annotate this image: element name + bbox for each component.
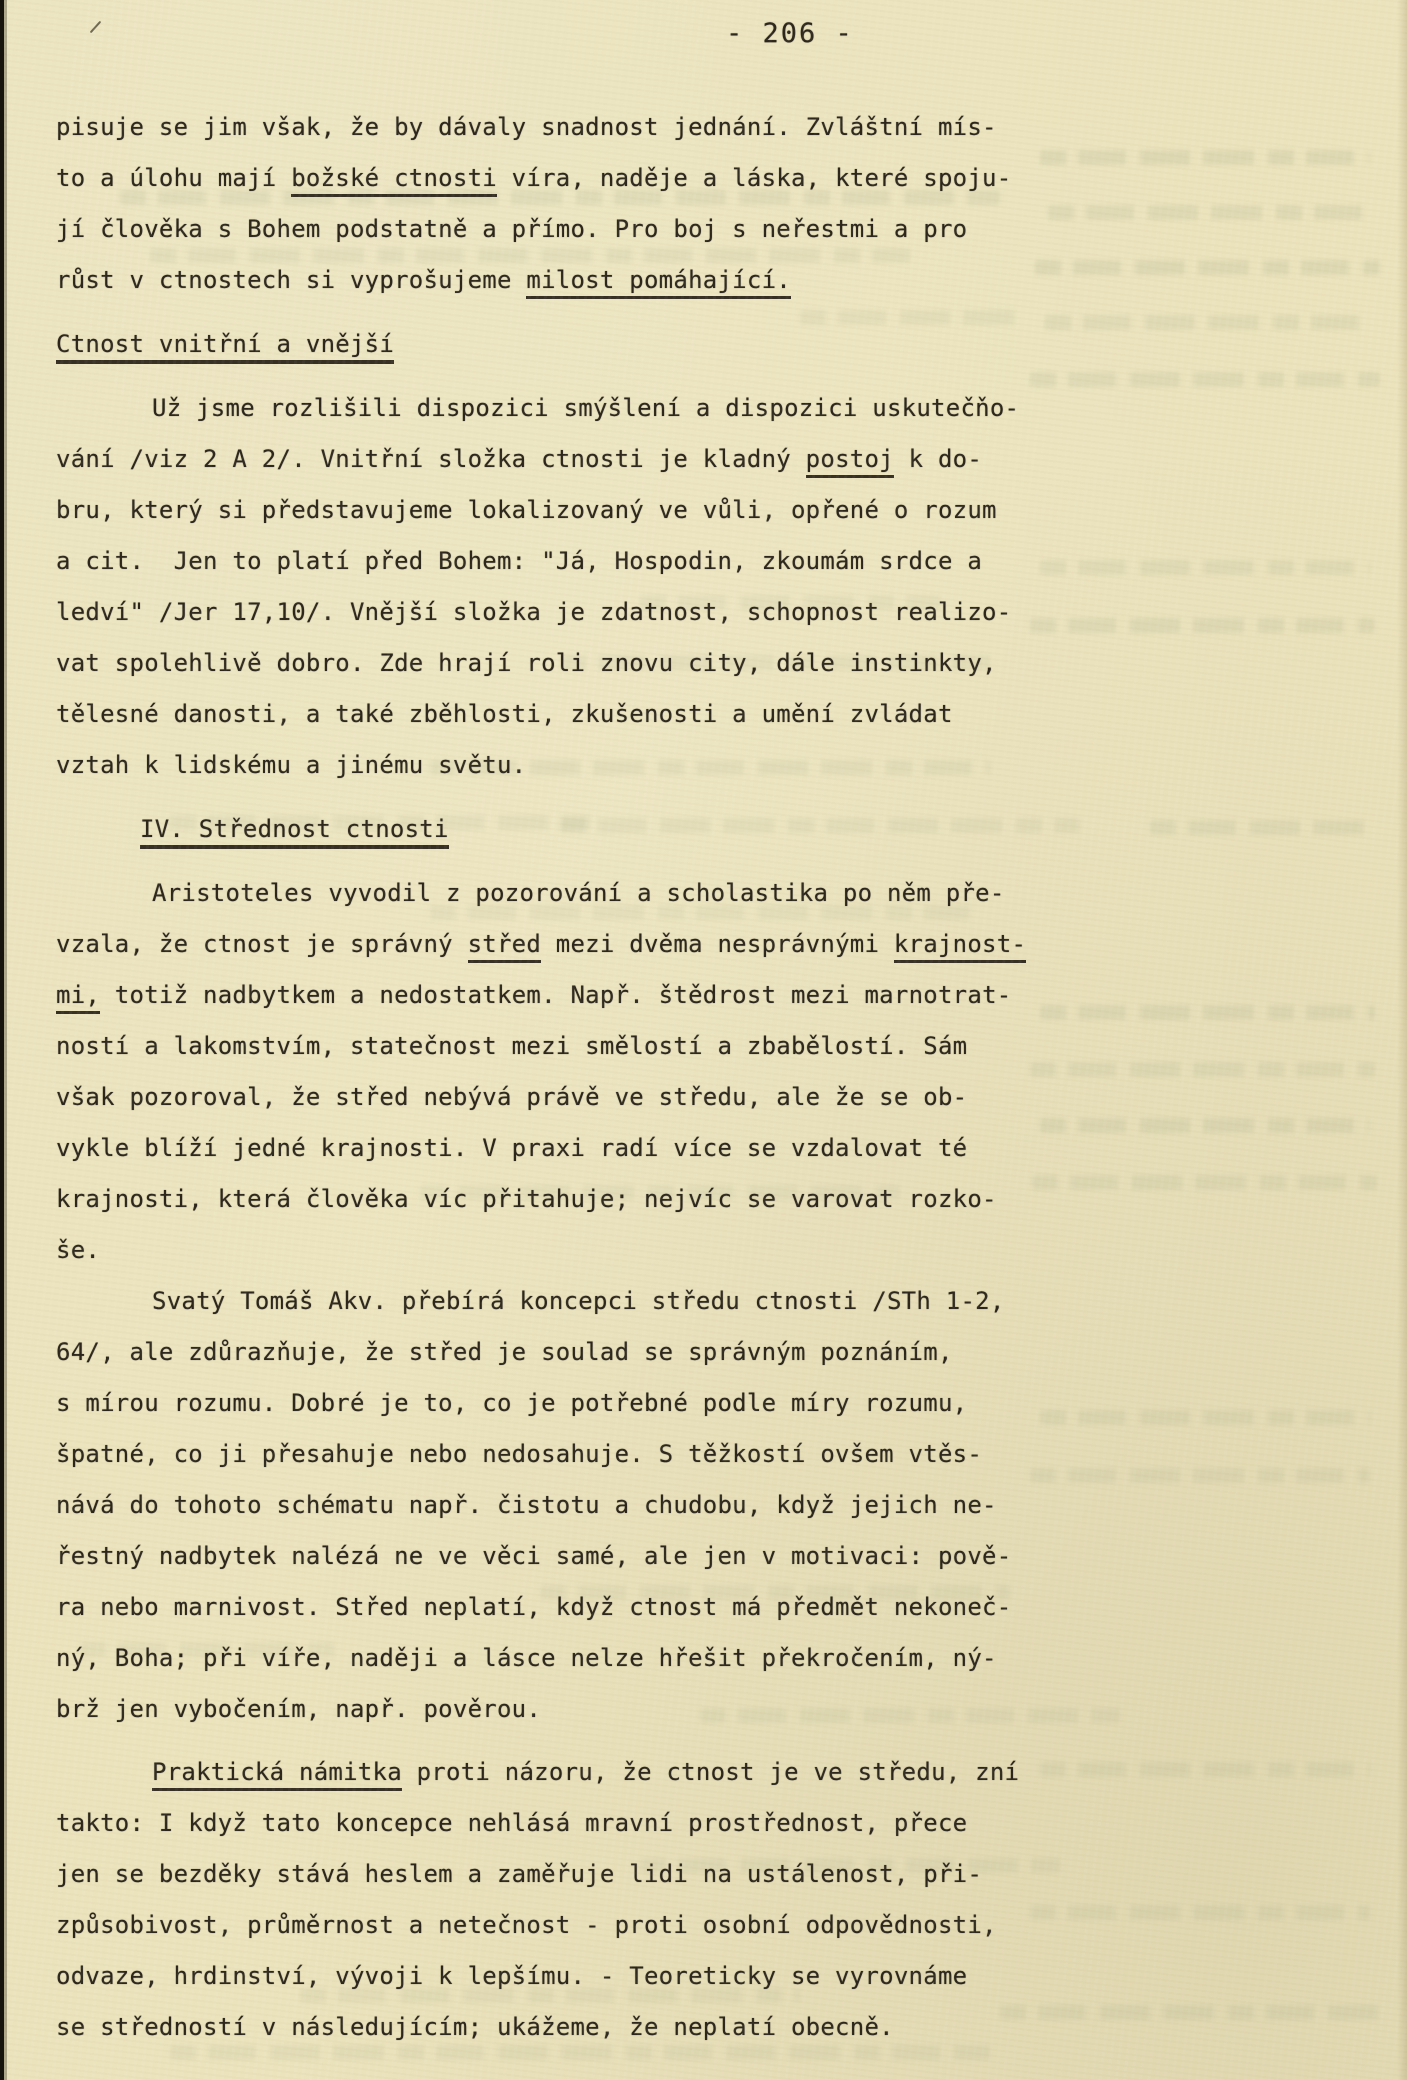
text-line: nává do tohoto schématu např. čistotu a …: [56, 1480, 1356, 1531]
text-segment: vzala, že ctnost je správný: [56, 930, 468, 958]
text-column: pisuje se jim však, že by dávaly snadnos…: [56, 102, 1356, 2053]
text-segment: však pozoroval, že střed nebývá právě ve…: [56, 1083, 967, 1111]
text-segment: jen se bezděky stává heslem a zaměřuje l…: [56, 1860, 982, 1888]
underlined-text: krajnost-: [894, 930, 1026, 963]
text-line: še.: [56, 1225, 1356, 1276]
text-line: růst v ctnostech si vyprošujeme milost p…: [56, 255, 1356, 306]
text-line: 64/, ale zdůrazňuje, že střed je soulad …: [56, 1327, 1356, 1378]
text-segment: a cit. Jen to platí před Bohem: "Já, Hos…: [56, 547, 982, 575]
text-line: mi, totiž nadbytkem a nedostatkem. Např.…: [56, 970, 1356, 1021]
text-line: to a úlohu mají božské ctnosti víra, nad…: [56, 153, 1356, 204]
text-segment: ný, Boha; při víře, naději a lásce nelze…: [56, 1644, 997, 1672]
text-segment: způsobivost, průměrnost a netečnost - pr…: [56, 1911, 997, 1939]
text-segment: odvaze, hrdinství, vývoji k lepšímu. - T…: [56, 1962, 967, 1990]
text-segment: totiž nadbytkem a nedostatkem. Např. ště…: [100, 981, 1011, 1009]
text-line: a cit. Jen to platí před Bohem: "Já, Hos…: [56, 536, 1356, 587]
text-line: Už jsme rozlišili dispozici smýšlení a d…: [56, 383, 1356, 434]
text-segment: takto: I když tato koncepce nehlásá mrav…: [56, 1809, 967, 1837]
text-segment: bru, který si představujeme lokalizovaný…: [56, 496, 997, 524]
text-line: brž jen vybočením, např. pověrou.: [56, 1684, 1356, 1735]
text-segment: brž jen vybočením, např. pověrou.: [56, 1695, 541, 1723]
underlined-text: IV. Střednost ctnosti: [140, 815, 449, 849]
text-segment: ností a lakomstvím, statečnost mezi směl…: [56, 1032, 967, 1060]
underlined-text: postoj: [806, 445, 894, 478]
page-number: - 206 -: [726, 18, 854, 49]
text-line: vat spolehlivě dobro. Zde hrají roli zno…: [56, 638, 1356, 689]
text-segment: vání /viz 2 A 2/. Vnitřní složka ctnosti…: [56, 445, 806, 473]
text-segment: še.: [56, 1236, 100, 1264]
text-line: řestný nadbytek nalézá ne ve věci samé, …: [56, 1531, 1356, 1582]
text-line: vykle blíží jedné krajnosti. V praxi rad…: [56, 1123, 1356, 1174]
text-segment: Svatý Tomáš Akv. přebírá koncepci středu…: [152, 1287, 1005, 1315]
scan-edge-left-shadow: [4, 0, 7, 2080]
text-line: však pozoroval, že střed nebývá právě ve…: [56, 1072, 1356, 1123]
text-segment: vat spolehlivě dobro. Zde hrají roli zno…: [56, 649, 997, 677]
text-line: ra nebo marnivost. Střed neplatí, když c…: [56, 1582, 1356, 1633]
text-segment: ra nebo marnivost. Střed neplatí, když c…: [56, 1593, 1011, 1621]
scan-edge-right-shadow: [1397, 0, 1407, 2080]
text-segment: víra, naděje a láska, které spoju-: [497, 164, 1011, 192]
text-line: odvaze, hrdinství, vývoji k lepšímu. - T…: [56, 1951, 1356, 2002]
text-segment: to a úlohu mají: [56, 164, 291, 192]
text-segment: proti názoru, že ctnost je ve středu, zn…: [402, 1758, 1019, 1786]
text-segment: vykle blíží jedné krajnosti. V praxi rad…: [56, 1134, 967, 1162]
text-line: Svatý Tomáš Akv. přebírá koncepci středu…: [56, 1276, 1356, 1327]
text-segment: řestný nadbytek nalézá ne ve věci samé, …: [56, 1542, 1011, 1570]
text-line: Aristoteles vyvodil z pozorování a schol…: [56, 868, 1356, 919]
text-line: jen se bezděky stává heslem a zaměřuje l…: [56, 1849, 1356, 1900]
text-line: s mírou rozumu. Dobré je to, co je potře…: [56, 1378, 1356, 1429]
stray-pen-mark: [90, 21, 102, 33]
text-line: vání /viz 2 A 2/. Vnitřní složka ctnosti…: [56, 434, 1356, 485]
text-line: krajnosti, která člověka víc přitahuje; …: [56, 1174, 1356, 1225]
text-line: špatné, co ji přesahuje nebo nedosahuje.…: [56, 1429, 1356, 1480]
text-segment: krajnosti, která člověka víc přitahuje; …: [56, 1185, 997, 1213]
text-segment: nává do tohoto schématu např. čistotu a …: [56, 1491, 997, 1519]
text-line: Praktická námitka proti názoru, že ctnos…: [56, 1747, 1356, 1798]
text-segment: Aristoteles vyvodil z pozorování a schol…: [152, 879, 1005, 907]
text-line: pisuje se jim však, že by dávaly snadnos…: [56, 102, 1356, 153]
scanned-typewritten-page: { "page": { "number": "- 206 -" }, "docu…: [0, 0, 1407, 2080]
text-segment: tělesné danosti, a také zběhlosti, zkuše…: [56, 700, 953, 728]
text-segment: špatné, co ji přesahuje nebo nedosahuje.…: [56, 1440, 982, 1468]
text-line: způsobivost, průměrnost a netečnost - pr…: [56, 1900, 1356, 1951]
text-segment: s mírou rozumu. Dobré je to, co je potře…: [56, 1389, 967, 1417]
underlined-text: milost pomáhající.: [526, 266, 791, 299]
text-segment: k do-: [894, 445, 982, 473]
text-line: vzala, že ctnost je správný střed mezi d…: [56, 919, 1356, 970]
underlined-text: mi,: [56, 981, 100, 1014]
text-segment: Už jsme rozlišili dispozici smýšlení a d…: [152, 394, 1019, 422]
text-segment: pisuje se jim však, že by dávaly snadnos…: [56, 113, 997, 141]
text-line: jí člověka s Bohem podstatně a přímo. Pr…: [56, 204, 1356, 255]
text-line: tělesné danosti, a také zběhlosti, zkuše…: [56, 689, 1356, 740]
underlined-text: Praktická námitka: [152, 1758, 402, 1791]
underlined-text: Ctnost vnitřní a vnější: [56, 330, 394, 364]
text-segment: růst v ctnostech si vyprošujeme: [56, 266, 526, 294]
text-segment: vztah k lidskému a jinému světu.: [56, 751, 526, 779]
text-line: bru, který si představujeme lokalizovaný…: [56, 485, 1356, 536]
section-heading: IV. Střednost ctnosti: [56, 804, 1356, 855]
text-line: se středností v následujícím; ukážeme, ž…: [56, 2002, 1356, 2053]
text-line: takto: I když tato koncepce nehlásá mrav…: [56, 1798, 1356, 1849]
text-line: ností a lakomstvím, statečnost mezi směl…: [56, 1021, 1356, 1072]
text-line: vztah k lidskému a jinému světu.: [56, 740, 1356, 791]
section-heading: Ctnost vnitřní a vnější: [56, 319, 1356, 370]
text-line: ný, Boha; při víře, naději a lásce nelze…: [56, 1633, 1356, 1684]
text-segment: mezi dvěma nesprávnými: [541, 930, 894, 958]
underlined-text: božské ctnosti: [291, 164, 497, 197]
text-segment: se středností v následujícím; ukážeme, ž…: [56, 2013, 894, 2041]
text-segment: jí člověka s Bohem podstatně a přímo. Pr…: [56, 215, 967, 243]
text-segment: ledví" /Jer 17,10/. Vnější složka je zda…: [56, 598, 1011, 626]
text-segment: 64/, ale zdůrazňuje, že střed je soulad …: [56, 1338, 953, 1366]
underlined-text: střed: [468, 930, 542, 963]
text-line: ledví" /Jer 17,10/. Vnější složka je zda…: [56, 587, 1356, 638]
